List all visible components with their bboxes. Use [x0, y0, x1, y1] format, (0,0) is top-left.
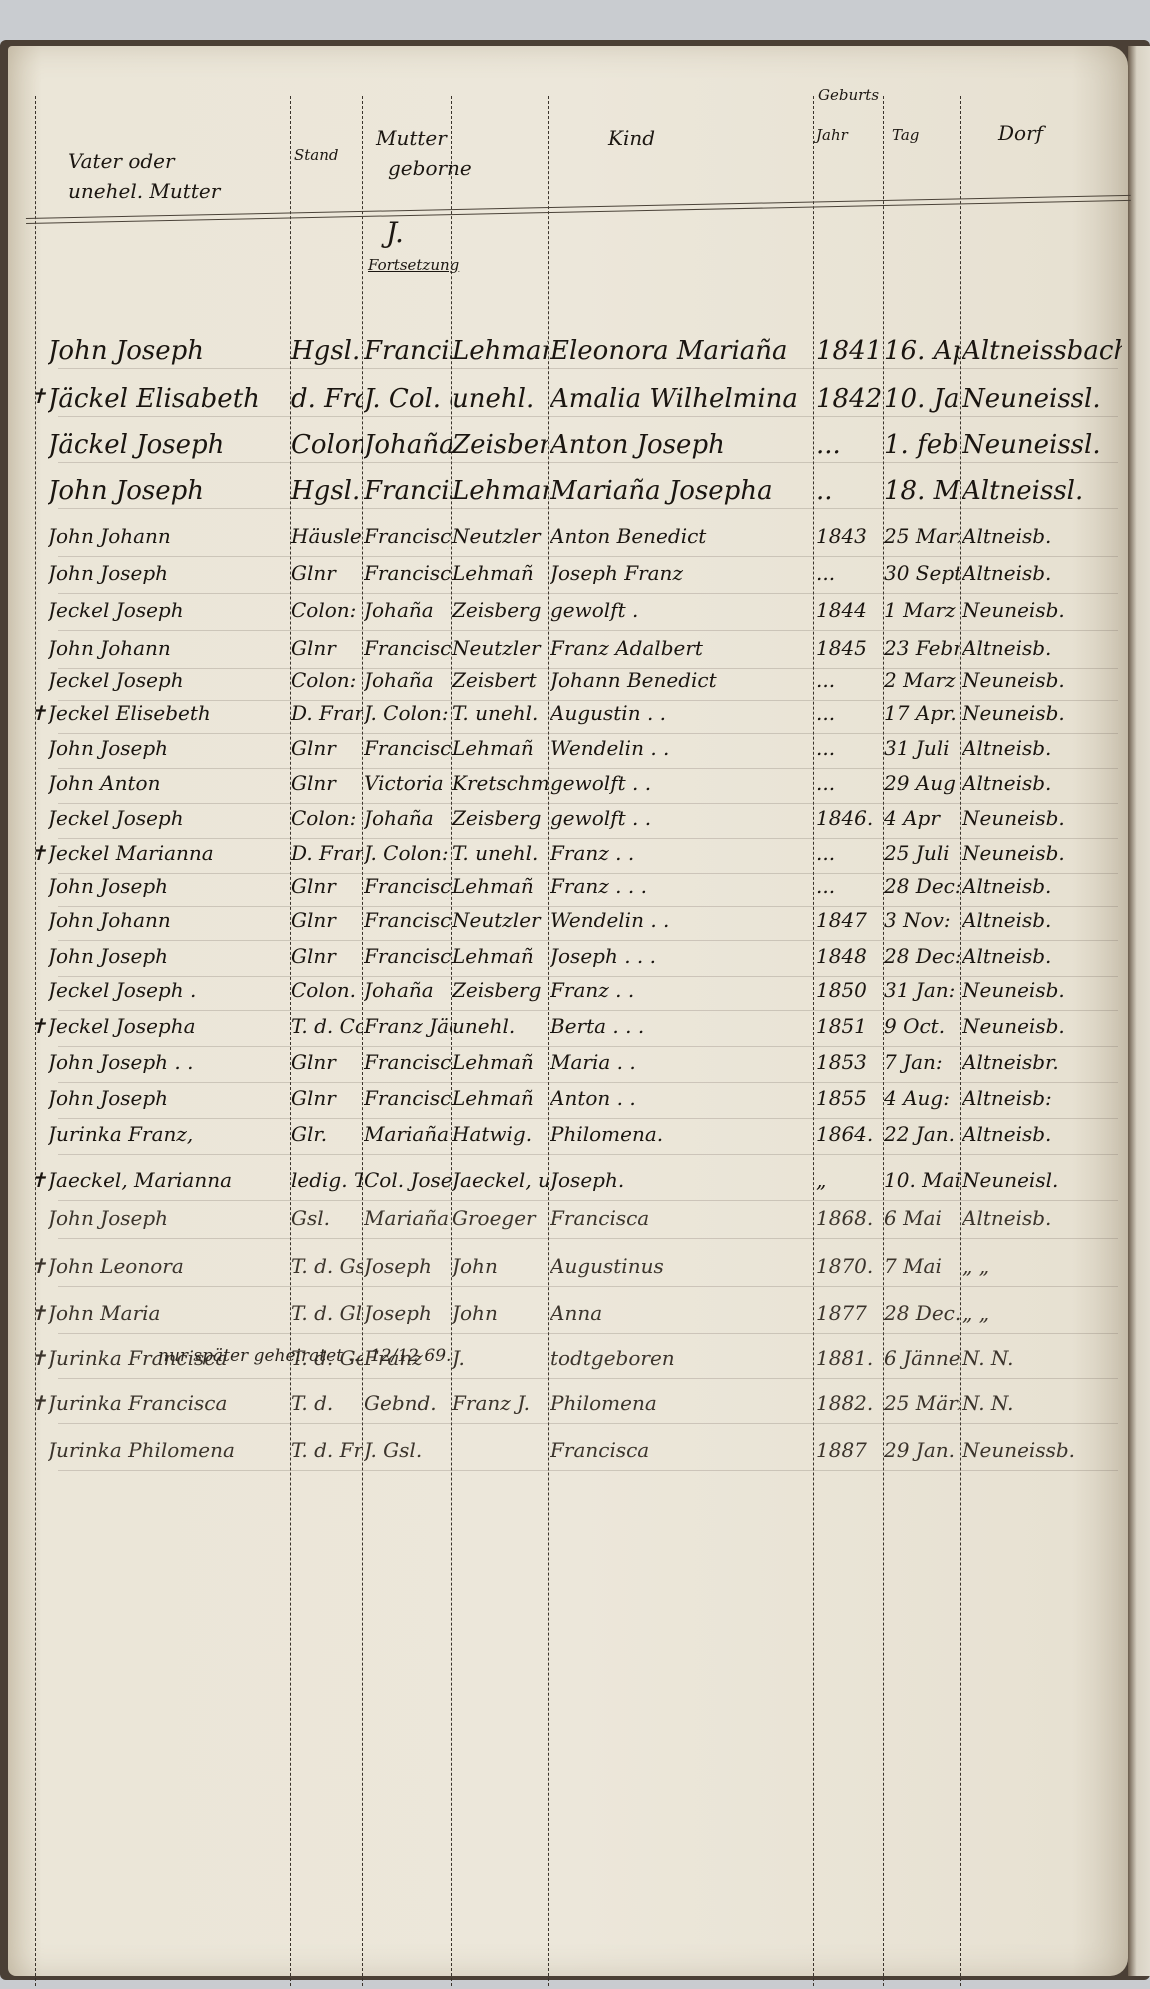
deceased-cross-mark: ✝	[30, 1254, 47, 1278]
register-entry: ✝Jäckel Elisabethd. FranzJ. Col. ehel.un…	[8, 384, 1128, 420]
entry-status: Glnr	[291, 771, 363, 795]
entry-day: 29 Jan.	[884, 1438, 960, 1462]
register-page: Vater oder unehel. Mutter Stand Mutter g…	[8, 46, 1128, 1976]
entry-status: Glr.	[291, 1122, 363, 1146]
ruled-line	[58, 1423, 1118, 1424]
entry-village: Neuneisb.	[962, 598, 1122, 622]
register-entry: Jäckel JosephColonistJohañaZeisbergAnton…	[8, 430, 1128, 466]
entry-child: Francisca	[550, 1206, 812, 1230]
entry-village: Neuneisb.	[962, 978, 1122, 1002]
deceased-cross-mark: ✝	[30, 841, 47, 865]
entry-child: Joseph . . .	[550, 944, 812, 968]
entry-status: D. Franz	[291, 701, 363, 725]
entry-year: 1841.	[816, 336, 882, 366]
entry-child: Anton Joseph	[550, 430, 812, 460]
entry-child: Philomena	[550, 1391, 812, 1415]
entry-year: 1855	[816, 1086, 882, 1110]
ruled-line	[58, 768, 1118, 769]
entry-mother-first: J. Col. ehel.	[364, 384, 452, 414]
entry-father: Jurinka Philomena	[48, 1438, 288, 1462]
entry-mother-first: Francisca	[364, 561, 452, 585]
deceased-cross-mark: ✝	[30, 1014, 47, 1038]
entry-year: 1877	[816, 1301, 882, 1325]
header-father: Vater oder unehel. Mutter	[68, 146, 248, 206]
entry-day: 28 Dec.	[884, 1301, 960, 1325]
entry-year: ..	[816, 476, 882, 506]
entry-child: Eleonora Mariaña	[550, 336, 812, 366]
entry-mother-maiden: Lehmañ	[452, 1086, 548, 1110]
ruled-line	[58, 1286, 1118, 1287]
entry-day: 1 Marz	[884, 598, 960, 622]
register-entry: ✝John LeonoraT. d. Gsl.JosephJohnAugusti…	[8, 1254, 1128, 1290]
entry-status: Glnr	[291, 561, 363, 585]
entry-village: N. N.	[962, 1346, 1122, 1370]
register-entry: John JosephHgsl.Francis:LehmannMariaña J…	[8, 476, 1128, 512]
entry-child: Joseph Franz	[550, 561, 812, 585]
entry-mother-first: Gebnd.	[364, 1391, 452, 1415]
entry-status: Colon.	[291, 978, 363, 1002]
entry-mother-first: Francisc:	[364, 874, 452, 898]
entry-village: Altneisb.	[962, 874, 1122, 898]
entry-village: Altneisb:	[962, 1086, 1122, 1110]
entry-mother-maiden: unehl.	[452, 1014, 548, 1038]
entry-village: Neuneissl.	[962, 384, 1122, 414]
entry-day: 10. Mai.	[884, 1168, 960, 1192]
entry-year: 1887	[816, 1438, 882, 1462]
entry-status: Colonist	[291, 430, 363, 460]
entry-mother-first: Francisca	[364, 1086, 452, 1110]
entry-mother-maiden: Neutzler	[452, 908, 548, 932]
entry-mother-first: Johaña	[364, 806, 452, 830]
entry-day: 18. Mai	[884, 476, 960, 506]
header-status: Stand	[294, 146, 339, 164]
entry-father: Jeckel Marianna	[48, 841, 288, 865]
entry-status: Glnr	[291, 736, 363, 760]
entry-status: Hgsl.	[291, 336, 363, 366]
entry-day: 25 März	[884, 1391, 960, 1415]
entry-village: Altneisb.	[962, 636, 1122, 660]
entry-mother-first: Francisca	[364, 636, 452, 660]
ruled-line	[58, 838, 1118, 839]
register-entry: John JosephHgsl.Francisc:LehmañEleonora …	[8, 336, 1128, 372]
ruled-line	[58, 1046, 1118, 1047]
header-birth-year: Jahr	[816, 126, 848, 144]
entry-mother-first: Johaña	[364, 978, 452, 1002]
entry-status: T. d. Glr.	[291, 1301, 363, 1325]
entry-father: Jeckel Elisebeth	[48, 701, 288, 725]
entry-year: 1881.	[816, 1346, 882, 1370]
entry-status: ledig. T. d.	[291, 1168, 363, 1192]
entry-father: John Anton	[48, 771, 288, 795]
header-child: Kind	[608, 126, 655, 150]
register-entry: Jeckel JosephColon:JohañaZeisberggewolft…	[8, 806, 1128, 842]
entry-status: Glnr	[291, 1086, 363, 1110]
entry-village: Altneisbr.	[962, 1050, 1122, 1074]
entry-child: gewolft . .	[550, 806, 812, 830]
ruled-line	[58, 940, 1118, 941]
ruled-line	[58, 1238, 1118, 1239]
entry-day: 1. feb.	[884, 430, 960, 460]
entry-village: Neuneisb.	[962, 701, 1122, 725]
entry-day: 9 Oct.	[884, 1014, 960, 1038]
entry-status: Gsl.	[291, 1206, 363, 1230]
entry-father: John Joseph	[48, 874, 288, 898]
entry-day: 6 Jänner	[884, 1346, 960, 1370]
entry-village: Altneissl.	[962, 476, 1122, 506]
entry-village: Altneisb.	[962, 771, 1122, 795]
ruled-line	[58, 368, 1118, 369]
ruled-line	[58, 906, 1118, 907]
ruled-line	[58, 1082, 1118, 1083]
entry-status: T. d. Gsl.	[291, 1254, 363, 1278]
deceased-cross-mark: ✝	[30, 1346, 47, 1370]
entry-child: Anton Benedict	[550, 524, 812, 548]
ruled-line	[58, 508, 1118, 509]
entry-day: 4 Apr	[884, 806, 960, 830]
entry-father: John Joseph	[48, 1206, 288, 1230]
entry-child: Wendelin . .	[550, 736, 812, 760]
entry-village: Neuneissb.	[962, 1438, 1122, 1462]
entry-father: Jurinka Francisca	[48, 1391, 288, 1415]
entry-year: 1864.	[816, 1122, 882, 1146]
entry-mother-maiden: Neutzler	[452, 636, 548, 660]
entry-child: Amalia Wilhelmina	[550, 384, 812, 414]
entry-child: Mariaña Josepha	[550, 476, 812, 506]
entry-child: Philomena.	[550, 1122, 812, 1146]
entry-day: 4 Aug:	[884, 1086, 960, 1110]
entry-village: Neuneisb.	[962, 806, 1122, 830]
entry-father: John Joseph	[48, 476, 288, 506]
entry-mother-first: Mariaña	[364, 1206, 452, 1230]
ruled-line	[58, 1200, 1118, 1201]
register-entry: Jeckel JosephColon:JohañaZeisbertJohann …	[8, 668, 1128, 704]
deceased-cross-mark: ✝	[30, 701, 47, 725]
register-entry: John AntonGlnrVictoriaKretschmergewolft …	[8, 771, 1128, 807]
entry-child: Johann Benedict	[550, 668, 812, 692]
entry-father: John Leonora	[48, 1254, 288, 1278]
entry-mother-maiden: Zeisberg	[452, 598, 548, 622]
entry-year: ...	[816, 771, 882, 795]
entry-child: Joseph.	[550, 1168, 812, 1192]
register-entry: John JosephGlnrFranciscaLehmañAnton . .1…	[8, 1086, 1128, 1122]
entry-day: 7 Mai	[884, 1254, 960, 1278]
entry-mother-maiden: Kretschmer	[452, 771, 548, 795]
entry-year: 1842.	[816, 384, 882, 414]
entry-village: Neuneisb.	[962, 1014, 1122, 1038]
entry-child: Francisca	[550, 1438, 812, 1462]
entry-mother-maiden: Lehmañ	[452, 736, 548, 760]
entry-status: T. d.	[291, 1391, 363, 1415]
deceased-cross-mark: ✝	[30, 384, 47, 408]
entry-status: Häusler	[291, 524, 363, 548]
entry-year: ...	[816, 736, 882, 760]
register-entry: John Joseph . .GlnrFranciscaLehmañMaria …	[8, 1050, 1128, 1086]
entry-village: Neuneisb.	[962, 841, 1122, 865]
entry-father: Jäckel Joseph	[48, 430, 288, 460]
entry-child: Franz . . .	[550, 874, 812, 898]
entry-year: 1844	[816, 598, 882, 622]
entry-day: 22 Jan.	[884, 1122, 960, 1146]
ruled-line	[58, 733, 1118, 734]
entry-village: „ „	[962, 1301, 1122, 1325]
entry-year: ...	[816, 874, 882, 898]
entry-child: Franz . .	[550, 978, 812, 1002]
header-village: Dorf	[998, 121, 1043, 145]
entry-mother-maiden: Hatwig.	[452, 1122, 548, 1146]
entry-status: Colon:	[291, 668, 363, 692]
entry-year: „	[816, 1168, 882, 1192]
entry-village: Neuneisb.	[962, 668, 1122, 692]
register-entry: ✝Jurinka FranciscaT. d.Gebnd.Franz J.Phi…	[8, 1391, 1128, 1427]
entry-mother-first: Francisca	[364, 1050, 452, 1074]
register-entry: John JohannHäuslerFranciscaNeutzlerAnton…	[8, 524, 1128, 560]
ruled-line	[58, 1010, 1118, 1011]
entry-child: Wendelin . .	[550, 908, 812, 932]
entry-father: John Johann	[48, 908, 288, 932]
entry-year: 1870.	[816, 1254, 882, 1278]
entry-mother-maiden: Neutzler	[452, 524, 548, 548]
entry-father: Jäckel Elisabeth	[48, 384, 288, 414]
entry-year: 1843	[816, 524, 882, 548]
entry-father: Jeckel Joseph .	[48, 978, 288, 1002]
entry-day: 31 Jan:	[884, 978, 960, 1002]
entry-village: Altneisb.	[962, 944, 1122, 968]
entry-child: Augustinus	[550, 1254, 812, 1278]
entry-mother-maiden: T. unehl.	[452, 841, 548, 865]
facing-page-edge	[1128, 46, 1150, 1976]
entry-day: 16. Ap.	[884, 336, 960, 366]
entry-year: ...	[816, 668, 882, 692]
register-entry: ✝Jaeckel, Mariannaledig. T. d.Col. Josep…	[8, 1168, 1128, 1204]
entry-mother-maiden: Zeisberg	[452, 978, 548, 1002]
entry-year: ...	[816, 561, 882, 585]
entry-status: T. d. Franz	[291, 1438, 363, 1462]
register-entry: ✝Jeckel JosephaT. d. Colon:Franz Jäckelu…	[8, 1014, 1128, 1050]
entry-mother-maiden: Zeisberg	[452, 430, 548, 460]
entry-mother-maiden: Zeisbert	[452, 668, 548, 692]
entry-village: Altneisb.	[962, 1206, 1122, 1230]
entry-year: 1845	[816, 636, 882, 660]
register-entry: Jeckel JosephColon:JohañaZeisberggewolft…	[8, 598, 1128, 634]
entry-village: Altneisb.	[962, 1122, 1122, 1146]
entry-mother-first: Johaña	[364, 598, 452, 622]
entry-father: John Joseph . .	[48, 1050, 288, 1074]
entry-father: Jeckel Joseph	[48, 806, 288, 830]
entry-status: Glnr	[291, 1050, 363, 1074]
entry-child: gewolft . .	[550, 771, 812, 795]
entry-village: Altneisb.	[962, 524, 1122, 548]
entry-status: d. Franz	[291, 384, 363, 414]
entry-year: 1851	[816, 1014, 882, 1038]
entry-day: 17 Apr.	[884, 701, 960, 725]
entry-father: John Joseph	[48, 561, 288, 585]
entry-day: 28 Dec:	[884, 944, 960, 968]
entry-status: Glnr	[291, 944, 363, 968]
entry-day: 30 Sept	[884, 561, 960, 585]
register-entry: John JosephGsl.MariañaGroegerFrancisca18…	[8, 1206, 1128, 1242]
entry-day: 29 Aug	[884, 771, 960, 795]
register-entry: ✝Jeckel MariannaD. FranzJ. Colon:T. uneh…	[8, 841, 1128, 877]
ruled-line	[58, 416, 1118, 417]
entry-mother-maiden: Groeger	[452, 1206, 548, 1230]
entry-mother-first: Victoria	[364, 771, 452, 795]
entry-father: John Joseph	[48, 736, 288, 760]
entry-father: Jeckel Joseph	[48, 668, 288, 692]
header-mother-maiden: geborne	[388, 156, 472, 180]
entry-child: Franz Adalbert	[550, 636, 812, 660]
entry-father: John Johann	[48, 636, 288, 660]
entry-day: 2 Marz	[884, 668, 960, 692]
ruled-line	[58, 462, 1118, 463]
entry-child: gewolft .	[550, 598, 812, 622]
register-entry: John JohannGlnrFranciscaNeutzlerFranz Ad…	[8, 636, 1128, 672]
entry-day: 31 Juli	[884, 736, 960, 760]
entry-status: Glnr	[291, 908, 363, 932]
register-entry: Jurinka Franz,Glr.MariañaHatwig.Philomen…	[8, 1122, 1128, 1158]
entry-child: Anna	[550, 1301, 812, 1325]
entry-mother-first: Francisca	[364, 736, 452, 760]
register-entry: John JosephGlnrFranciscaLehmañJoseph Fra…	[8, 561, 1128, 597]
entry-village: Neuneisl.	[962, 1168, 1122, 1192]
entry-year: 1868.	[816, 1206, 882, 1230]
entry-village: „ „	[962, 1254, 1122, 1278]
entry-year: ...	[816, 701, 882, 725]
entry-status: D. Franz	[291, 841, 363, 865]
entry-mother-first: J. Colon:	[364, 701, 452, 725]
entry-mother-maiden: Lehmañ	[452, 944, 548, 968]
entry-mother-maiden: John	[452, 1254, 548, 1278]
register-entry: Jurinka PhilomenaT. d. FranzJ. Gsl.Franc…	[8, 1438, 1128, 1474]
entry-mother-first: Johaña	[364, 430, 452, 460]
entry-mother-first: Francisc:	[364, 908, 452, 932]
entry-father: John Joseph	[48, 1086, 288, 1110]
entry-mother-maiden: Franz J.	[452, 1391, 548, 1415]
deceased-cross-mark: ✝	[30, 1168, 47, 1192]
entry-status: T. d. Colon:	[291, 1014, 363, 1038]
entry-mother-first: Col. Joseph	[364, 1168, 452, 1192]
entry-day: 25 Juli	[884, 841, 960, 865]
ruled-line	[58, 1154, 1118, 1155]
entry-year: 1882.	[816, 1391, 882, 1415]
entry-year: 1850	[816, 978, 882, 1002]
entry-village: Altneisb.	[962, 908, 1122, 932]
register-entry: John JosephGlnrFranciscaLehmañWendelin .…	[8, 736, 1128, 772]
deceased-cross-mark: ✝	[30, 1301, 47, 1325]
entry-mother-first: Francisca	[364, 944, 452, 968]
ruled-line	[58, 1333, 1118, 1334]
entry-mother-maiden: Zeisberg	[452, 806, 548, 830]
header-birth-day: Tag	[892, 126, 919, 144]
entry-mother-first: J. Colon:	[364, 841, 452, 865]
entry-mother-maiden: Lehmañ	[452, 1050, 548, 1074]
entry-day: 6 Mai	[884, 1206, 960, 1230]
register-entry: John JosephGlnrFranciscaLehmañJoseph . .…	[8, 944, 1128, 980]
entry-father: Jeckel Josepha	[48, 1014, 288, 1038]
entry-child: Franz . .	[550, 841, 812, 865]
ruled-line	[58, 976, 1118, 977]
entry-day: 7 Jan:	[884, 1050, 960, 1074]
entry-mother-first: Joseph	[364, 1254, 452, 1278]
ruled-line	[58, 1470, 1118, 1471]
entry-mother-first: Francisca	[364, 524, 452, 548]
entry-father: Jeckel Joseph	[48, 598, 288, 622]
entry-status: Glnr	[291, 636, 363, 660]
entry-mother-first: Mariaña	[364, 1122, 452, 1146]
entry-status: Glnr	[291, 874, 363, 898]
entry-father: John Joseph	[48, 944, 288, 968]
ruled-line	[58, 593, 1118, 594]
entry-mother-maiden: Lehmañ	[452, 874, 548, 898]
entry-day: 10. Jan.	[884, 384, 960, 414]
entry-mother-first: Johaña	[364, 668, 452, 692]
entry-year: 1853	[816, 1050, 882, 1074]
entry-child: Anton . .	[550, 1086, 812, 1110]
entry-status: Hgsl.	[291, 476, 363, 506]
entry-day: 25 Marz	[884, 524, 960, 548]
ruled-line	[58, 1378, 1118, 1379]
entry-day: 3 Nov:	[884, 908, 960, 932]
ruled-line	[58, 1118, 1118, 1119]
entry-father: Jurinka Franz,	[48, 1122, 288, 1146]
ruled-line	[58, 803, 1118, 804]
register-entry: ✝Jeckel ElisebethD. FranzJ. Colon:T. une…	[8, 701, 1128, 737]
entry-father: John Maria	[48, 1301, 288, 1325]
legitimation-note: nur später geheiratet ... 12/12 69.	[158, 1346, 451, 1366]
entry-village: Altneisb.	[962, 736, 1122, 760]
entry-day: 23 Febr	[884, 636, 960, 660]
entry-year: 1846.	[816, 806, 882, 830]
entry-village: N. N.	[962, 1391, 1122, 1415]
entry-father: Jaeckel, Marianna	[48, 1168, 288, 1192]
header-birth: Geburts	[818, 86, 879, 104]
entry-mother-maiden: Lehmañ	[452, 336, 548, 366]
entry-mother-first: J. Gsl.	[364, 1438, 452, 1462]
entry-mother-maiden: unehl.	[452, 384, 548, 414]
register-entry: Jeckel Joseph .Colon.JohañaZeisbergFranz…	[8, 978, 1128, 1014]
entry-year: 1847	[816, 908, 882, 932]
entry-mother-first: Franz Jäckel	[364, 1014, 452, 1038]
entry-father: John Joseph	[48, 336, 288, 366]
entry-village: Altneissbach	[962, 336, 1122, 366]
entry-mother-maiden: Lehmann	[452, 476, 548, 506]
entry-mother-maiden: J.	[452, 1346, 548, 1370]
register-entry: ✝John MariaT. d. Glr.JosephJohnAnna18772…	[8, 1301, 1128, 1337]
ruled-line	[58, 556, 1118, 557]
entry-village: Altneisb.	[962, 561, 1122, 585]
entry-father: John Johann	[48, 524, 288, 548]
header-mother: Mutter	[376, 126, 447, 150]
entry-village: Neuneissl.	[962, 430, 1122, 460]
entry-year: ...	[816, 430, 882, 460]
section-continuation: Fortsetzung	[368, 256, 459, 274]
ruled-line	[58, 630, 1118, 631]
entry-day: 28 Dec:	[884, 874, 960, 898]
entry-child: Berta . . .	[550, 1014, 812, 1038]
entry-mother-maiden: Jaeckel, unehl.	[452, 1168, 548, 1192]
entry-mother-maiden: John	[452, 1301, 548, 1325]
entry-child: Augustin . .	[550, 701, 812, 725]
entry-mother-first: Francis:	[364, 476, 452, 506]
deceased-cross-mark: ✝	[30, 1391, 47, 1415]
entry-mother-first: Francisc:	[364, 336, 452, 366]
entry-year: 1848	[816, 944, 882, 968]
register-entry: John JosephGlnrFrancisc:LehmañFranz . . …	[8, 874, 1128, 910]
entry-status: Colon:	[291, 598, 363, 622]
entry-mother-maiden: T. unehl.	[452, 701, 548, 725]
entry-mother-first: Joseph	[364, 1301, 452, 1325]
entry-year: ...	[816, 841, 882, 865]
entry-mother-maiden: Lehmañ	[452, 561, 548, 585]
